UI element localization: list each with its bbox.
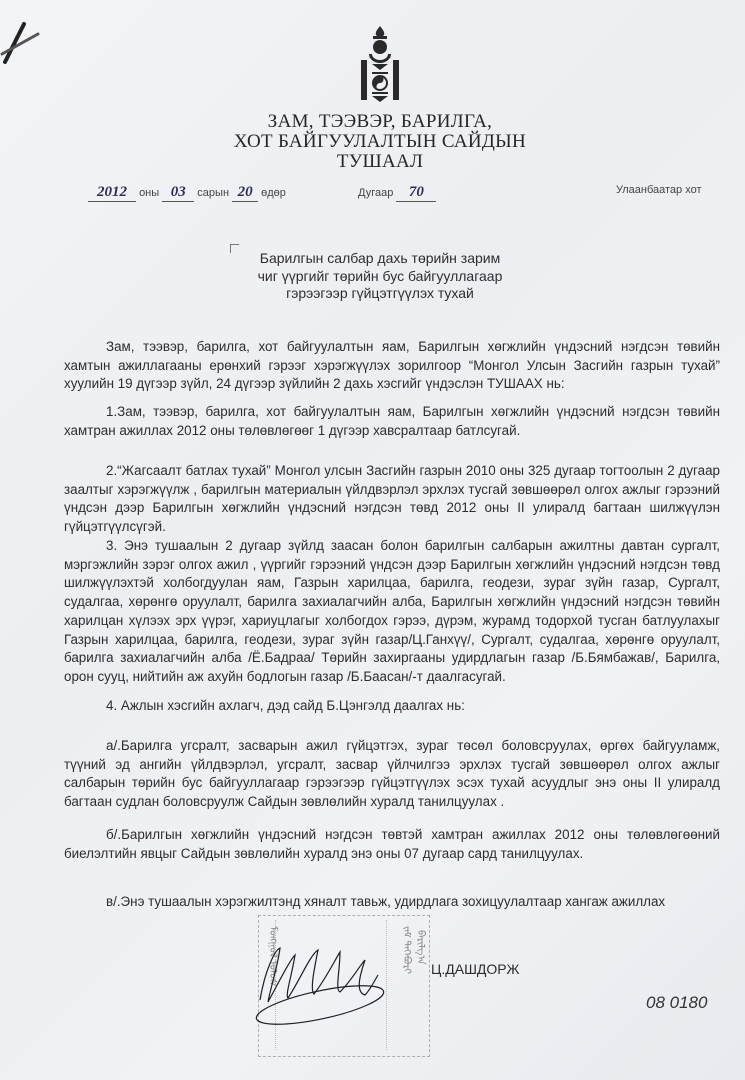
item-3-paragraph: 3. Энэ тушаалын 2 дугаар зүйлд заасан бо… <box>64 537 720 687</box>
preamble-paragraph: Зам, тээвэр, барилга, хот байгуулалтын я… <box>64 338 720 394</box>
subitem-c-paragraph: в/.Энэ тушаалын хэрэгжилтэнд хяналт тавь… <box>64 893 720 912</box>
date-day: 20 <box>232 184 258 202</box>
order-number: Дугаар 70 <box>358 184 436 202</box>
header-line-order: ТУШААЛ <box>200 152 560 172</box>
subject-line: гэрээгээр гүйцэтгүүлэх тухай <box>230 285 530 303</box>
subitem-a-paragraph: а/.Барилга угсралт, засварын ажил гүйцэт… <box>64 737 720 812</box>
city-label: Улаанбаатар хот <box>616 184 702 196</box>
subject-line: чиг үүргийг төрийн бус байгууллагаар <box>230 268 530 286</box>
subitem-b-paragraph: б/.Барилгын хөгжлийн үндэсний нэгдсэн тө… <box>64 826 720 863</box>
number-label: Дугаар <box>358 187 393 199</box>
subject-line: Барилгын салбар дахь төрийн зарим <box>230 250 530 268</box>
year-label: оны <box>139 187 159 199</box>
handwritten-signature-icon <box>240 920 420 1030</box>
signer-name: Ц.ДАШДОРЖ <box>431 961 519 977</box>
order-subject: Барилгын салбар дахь төрийн зарим чиг үү… <box>230 250 530 303</box>
number-value: 70 <box>396 184 436 202</box>
header-line-minister: ХОТ БАЙГУУЛАЛТЫН САЙДЫН <box>200 132 560 152</box>
item-2-paragraph: 2.“Жагсаалт батлах тухай” Монгол улсын З… <box>64 462 720 537</box>
soyombo-emblem-icon <box>357 24 403 106</box>
item-4-paragraph: 4. Ажлын хэсгийн ахлагч, дэд сайд Б.Цэнг… <box>64 697 720 716</box>
document-page: ЗАМ, ТЭЭВЭР, БАРИЛГА, ХОТ БАЙГУУЛАЛТЫН С… <box>0 0 745 1080</box>
document-header: ЗАМ, ТЭЭВЭР, БАРИЛГА, ХОТ БАЙГУУЛАЛТЫН С… <box>200 112 560 172</box>
pen-check-mark-icon <box>0 20 45 70</box>
document-serial-number: 08 0180 <box>646 993 707 1013</box>
month-label: сарын <box>197 187 229 199</box>
day-label: өдөр <box>261 187 286 199</box>
item-1-paragraph: 1.Зам, тээвэр, барилга, хот байгуулалтын… <box>64 403 720 440</box>
date-month: 03 <box>162 184 194 202</box>
order-date: 2012 оны 03 сарын 20 өдөр <box>88 184 286 202</box>
header-line-ministry: ЗАМ, ТЭЭВЭР, БАРИЛГА, <box>200 112 560 132</box>
date-year: 2012 <box>88 184 136 202</box>
